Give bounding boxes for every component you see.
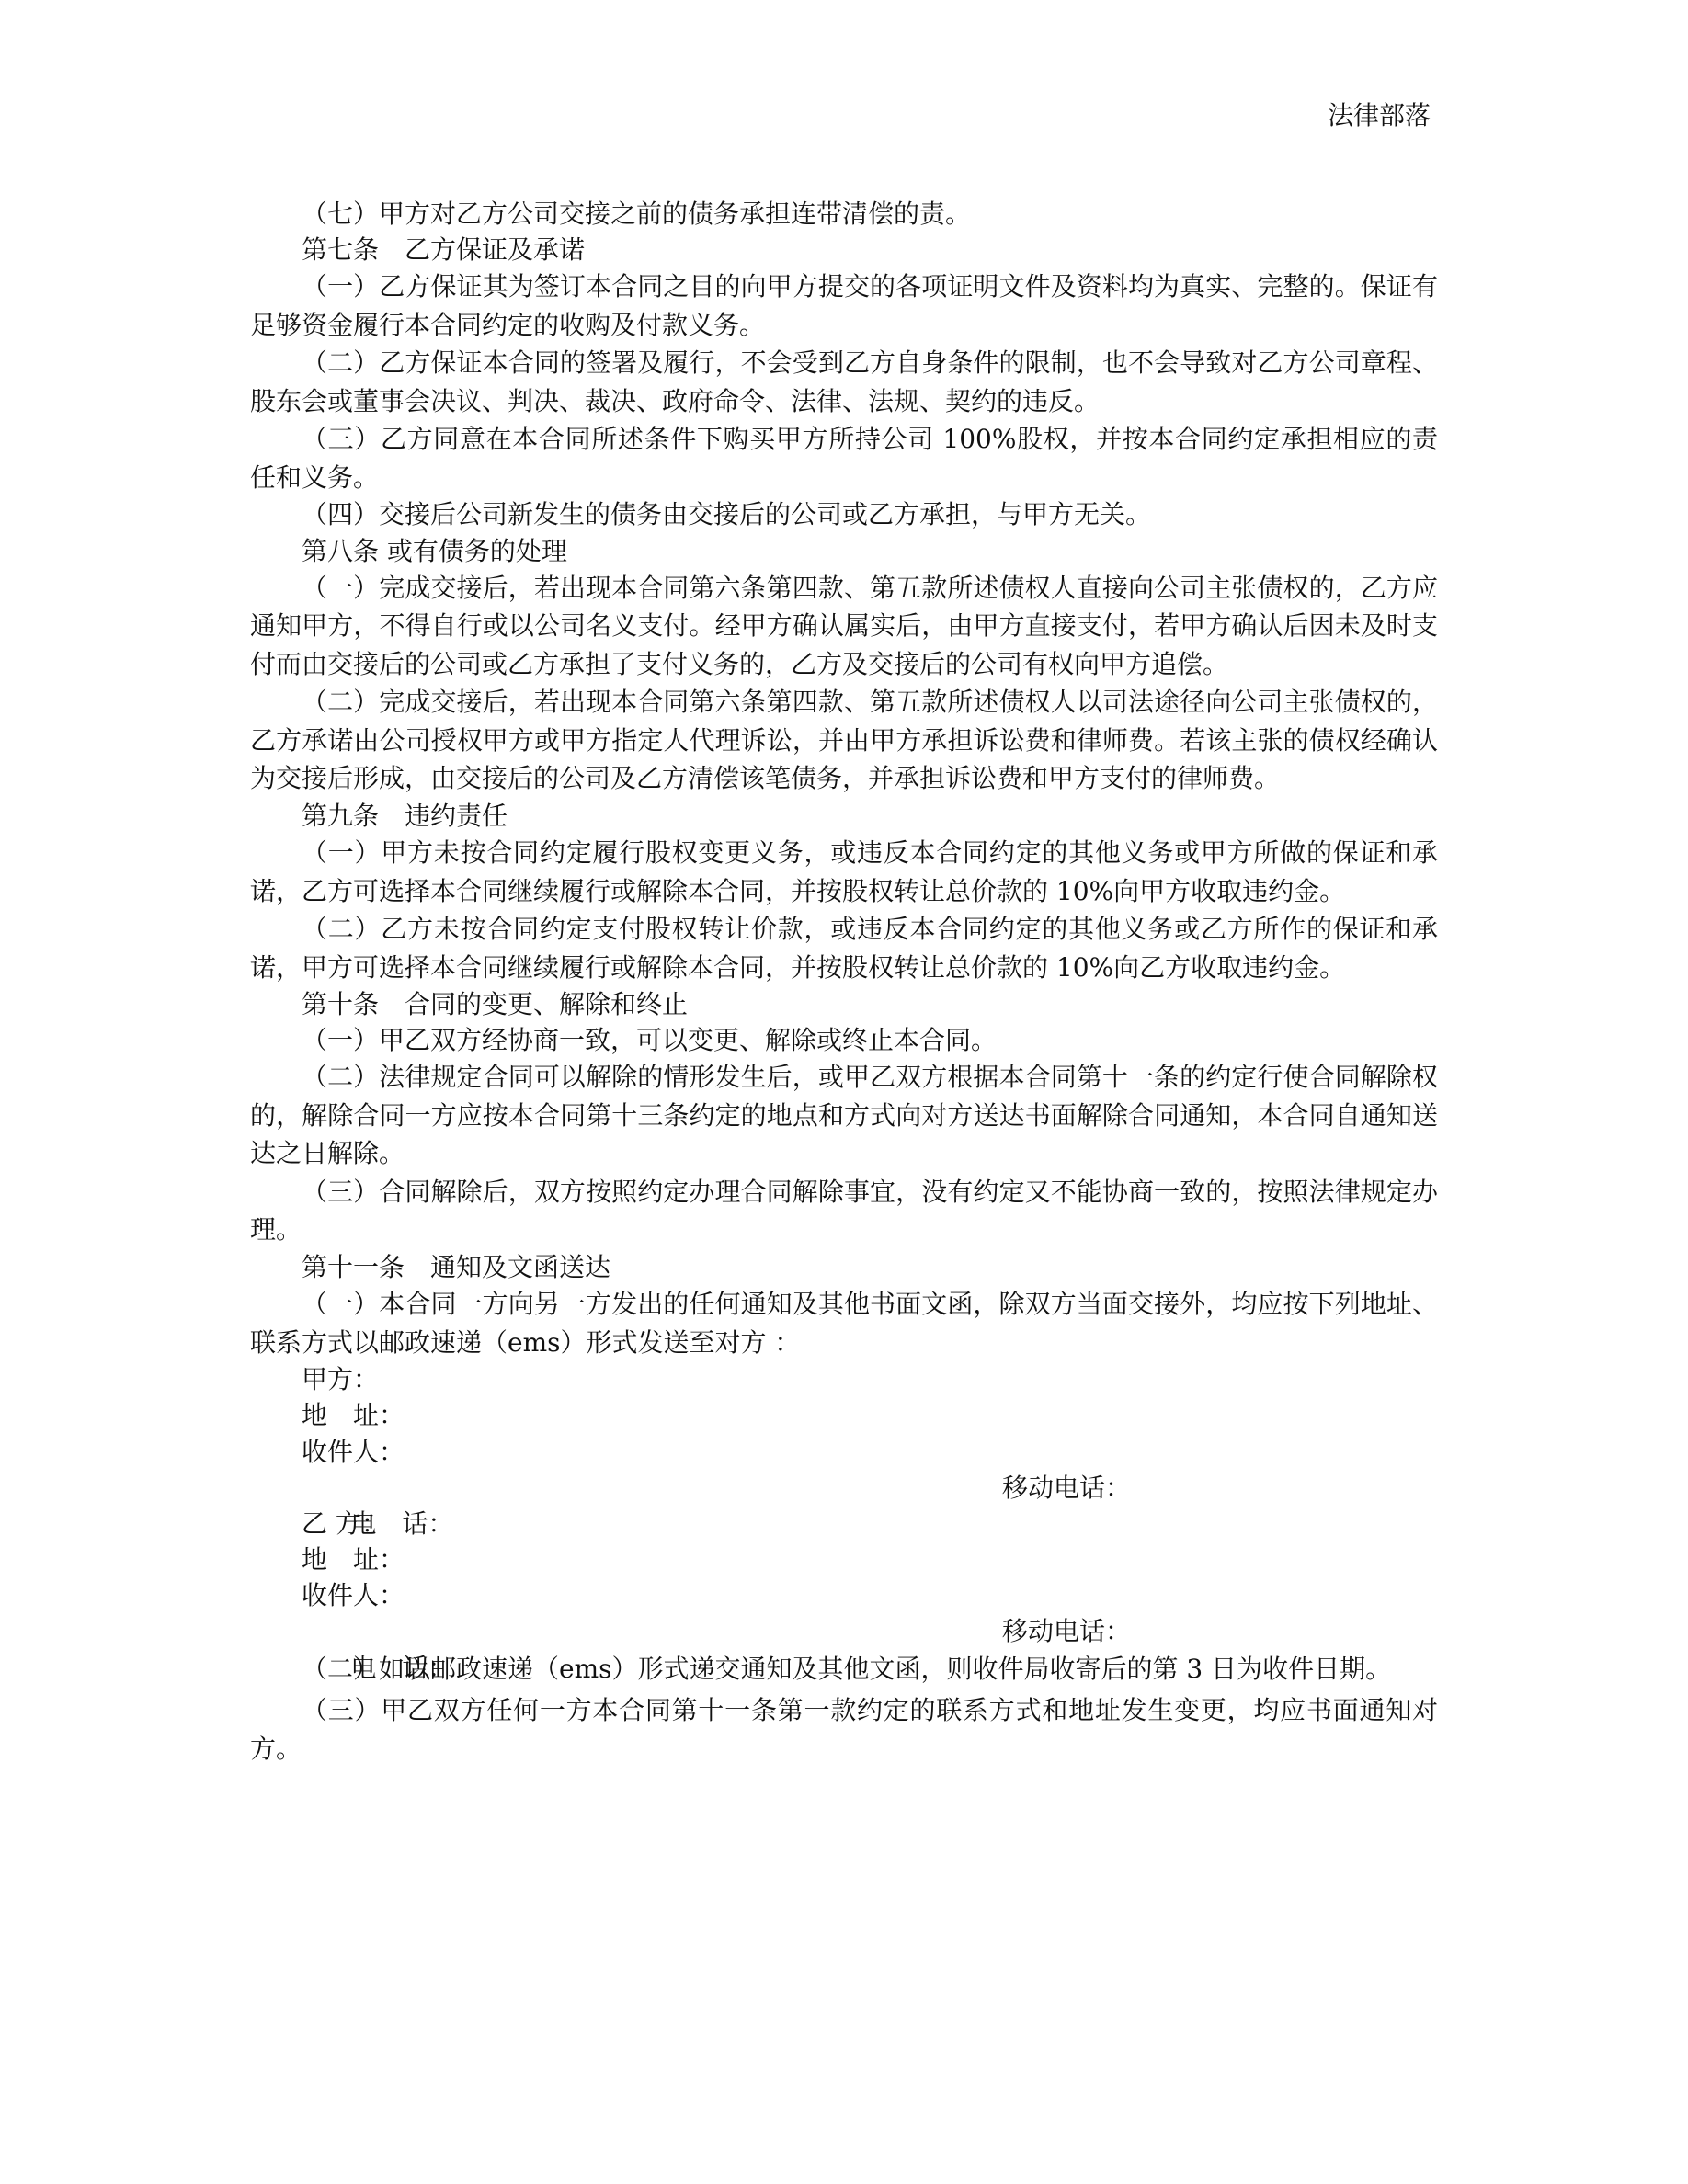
party-b-phone-field: 电 话： xyxy=(350,1653,453,1683)
party-a-recipient-field: 收件人： xyxy=(250,1434,1438,1470)
document-body: （七）甲方对乙方公司交接之前的债务承担连带清偿的责。 第七条 乙方保证及承诺 （… xyxy=(250,196,1438,1768)
article-8-item-2: （二）完成交接后，若出现本合同第六条第四款、第五款所述债权人以司法途径向公司主张… xyxy=(250,683,1438,798)
article-11-heading: 第十一条 通知及文函送达 xyxy=(250,1249,1438,1285)
party-b-phone-row: 电 话： 移动电话： xyxy=(250,1613,1438,1649)
party-b-address-field: 地 址： xyxy=(250,1541,1438,1577)
article-7-heading: 第七条 乙方保证及承诺 xyxy=(250,232,1438,267)
article-10-heading: 第十条 合同的变更、解除和终止 xyxy=(250,986,1438,1022)
party-b-mobile-field: 移动电话： xyxy=(1002,1613,1131,1649)
article-9-item-1: （一）甲方未按合同约定履行股权变更义务，或违反本合同约定的其他义务或甲方所做的保… xyxy=(250,834,1438,910)
party-b-contact-block: 乙 方： 地 址： 收件人： 电 话： 移动电话： xyxy=(250,1506,1438,1650)
article-11-item-3: （三）甲乙双方任何一方本合同第十一条第一款约定的联系方式和地址发生变更，均应书面… xyxy=(250,1691,1438,1768)
party-a-label: 甲方： xyxy=(250,1361,1438,1397)
party-a-contact-block: 甲方： 地 址： 收件人： 电 话： 移动电话： xyxy=(250,1361,1438,1506)
party-b-label: 乙 方： xyxy=(250,1506,1438,1541)
article-9-heading: 第九条 违约责任 xyxy=(250,798,1438,834)
article-7-item-2: （二）乙方保证本合同的签署及履行，不会受到乙方自身条件的限制，也不会导致对乙方公… xyxy=(250,344,1438,420)
clause-6-item-7: （七）甲方对乙方公司交接之前的债务承担连带清偿的责。 xyxy=(250,196,1438,232)
page-header-title: 法律部落 xyxy=(1328,97,1431,134)
article-9-item-2: （二）乙方未按合同约定支付股权转让价款，或违反本合同约定的其他义务或乙方所作的保… xyxy=(250,910,1438,986)
party-a-mobile-field: 移动电话： xyxy=(1002,1470,1131,1506)
article-8-item-1: （一）完成交接后，若出现本合同第六条第四款、第五款所述债权人直接向公司主张债权的… xyxy=(250,569,1438,684)
article-7-item-1: （一）乙方保证其为签订本合同之目的向甲方提交的各项证明文件及资料均为真实、完整的… xyxy=(250,267,1438,344)
article-8-heading: 第八条 或有债务的处理 xyxy=(250,533,1438,569)
article-10-item-3: （三）合同解除后，双方按照约定办理合同解除事宜，没有约定又不能协商一致的，按照法… xyxy=(250,1173,1438,1249)
article-7-item-3: （三）乙方同意在本合同所述条件下购买甲方所持公司 100%股权，并按本合同约定承… xyxy=(250,420,1438,496)
article-10-item-1: （一）甲乙双方经协商一致，可以变更、解除或终止本合同。 xyxy=(250,1022,1438,1058)
article-10-item-2: （二）法律规定合同可以解除的情形发生后，或甲乙双方根据本合同第十一条的约定行使合… xyxy=(250,1058,1438,1173)
party-a-phone-row: 电 话： 移动电话： xyxy=(250,1470,1438,1506)
party-b-recipient-field: 收件人： xyxy=(250,1577,1438,1613)
article-7-item-4: （四）交接后公司新发生的债务由交接后的公司或乙方承担，与甲方无关。 xyxy=(250,496,1438,532)
article-11-item-1: （一）本合同一方向另一方发出的任何通知及其他书面文函，除双方当面交接外，均应按下… xyxy=(250,1285,1438,1361)
party-a-address-field: 地 址： xyxy=(250,1397,1438,1433)
